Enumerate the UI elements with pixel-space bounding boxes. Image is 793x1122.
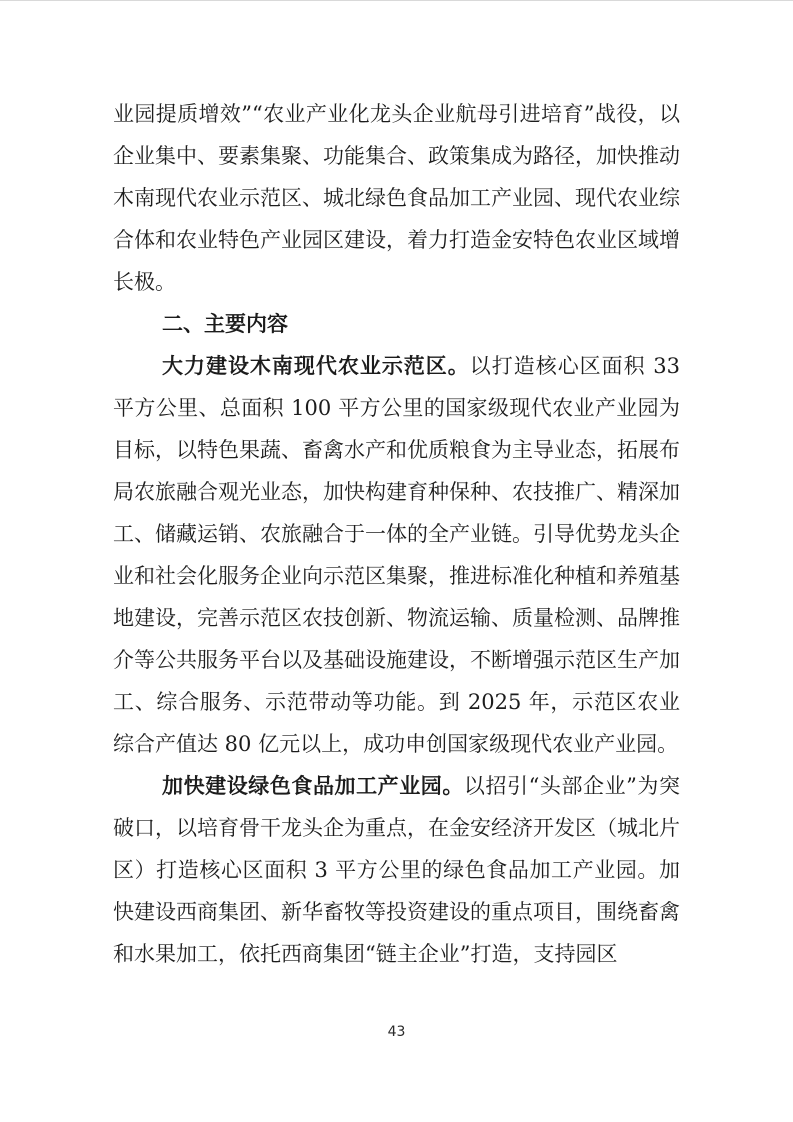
paragraph-green-food-park: 加快建设绿色食品加工产业园。以招引“头部企业”为突破口，以培育骨干龙头企为重点，… <box>113 765 680 975</box>
page-footer: 43 <box>0 1021 793 1041</box>
document-page: 业园提质增效”“农业产业化龙头企业航母引进培育”战役，以企业集中、要素集聚、功能… <box>0 0 793 1122</box>
paragraph-lead-bold: 加快建设绿色食品加工产业园。 <box>162 773 464 798</box>
section-heading: 二、主要内容 <box>113 303 680 345</box>
page-number: 43 <box>388 1024 406 1040</box>
paragraph-body-text: 以招引“头部企业”为突破口，以培育骨干龙头企为重点，在金安经济开发区（城北片区）… <box>113 774 680 966</box>
paragraph-lead-bold: 大力建设木南现代农业示范区。 <box>162 353 470 378</box>
paragraph-continuation: 业园提质增效”“农业产业化龙头企业航母引进培育”战役，以企业集中、要素集聚、功能… <box>113 93 680 303</box>
document-body: 业园提质增效”“农业产业化龙头企业航母引进培育”战役，以企业集中、要素集聚、功能… <box>113 93 680 975</box>
paragraph-body-text: 以打造核心区面积 33 平方公里、总面积 100 平方公里的国家级现代农业产业园… <box>113 354 680 756</box>
paragraph-munan-demo-zone: 大力建设木南现代农业示范区。以打造核心区面积 33 平方公里、总面积 100 平… <box>113 345 680 765</box>
